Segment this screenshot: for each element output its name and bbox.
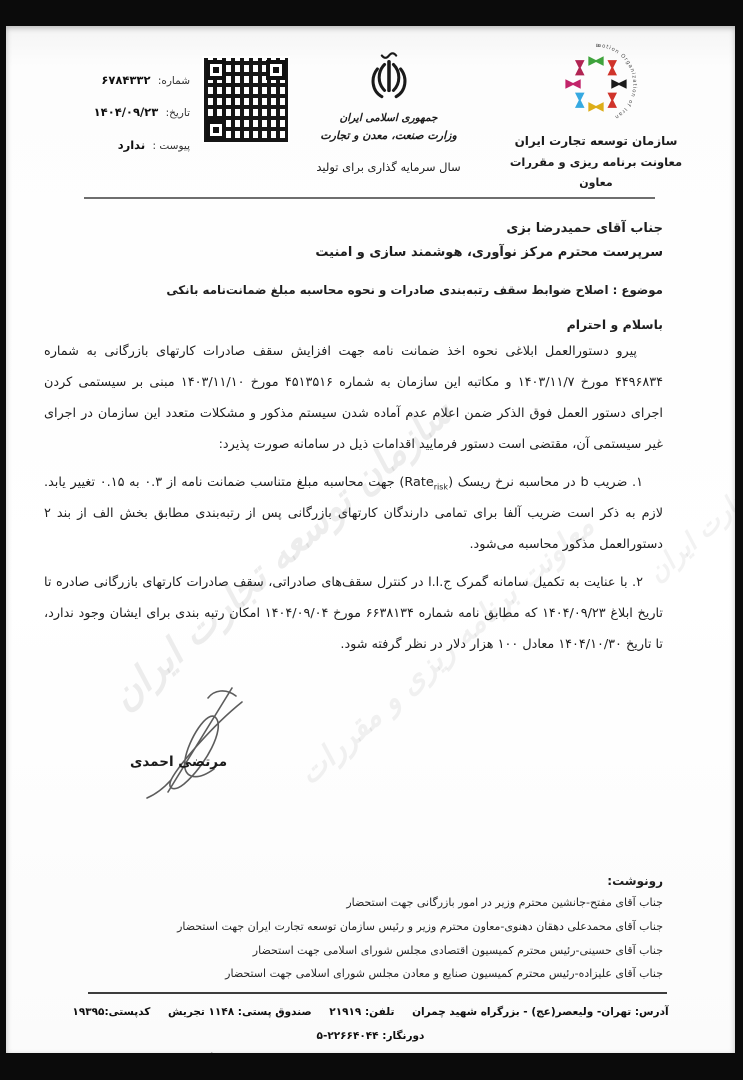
item-1: ۱. ضریب b در محاسبه نرخ ریسک (Raterisk) … [44,468,663,560]
country-name: جمهوری اسلامی ایران [290,112,487,124]
cc-label: رونوشت: [44,874,663,888]
rate-subscript: risk [434,483,448,492]
cc-list: جناب آقای مفتح-جانشین محترم وزیر در امور… [44,891,663,986]
letter-attachment: پیوست : ندارد [94,129,190,161]
qr-code [202,56,290,144]
org-deputy: معاونت برنامه ریزی و مقررات [487,155,705,169]
org-block: سازمان توسعه تجارت ایران Trade Promotion… [487,40,705,189]
letter-date-value: ۱۴۰۴/۰۹/۲۳ [94,105,159,119]
handwritten-signature-icon [104,674,304,824]
footer-line-1: آدرس: تهران- ولیعصر(عج) - بزرگراه شهید چ… [30,1001,711,1048]
year-slogan: سال سرمایه گذاری برای تولید [290,160,487,174]
salutation: باسلام و احترام [44,317,663,332]
cc-item: جناب آقای علیزاده-رئیس محترم کمیسیون صنا… [44,962,663,986]
org-role: معاون [487,176,705,189]
iran-emblem-icon [364,48,414,106]
tpo-logo-icon: سازمان توسعه تجارت ایران Trade Promotion… [552,40,640,128]
letter-page: سازمان توسعه تجارت ایران معاونت برنامه ر… [6,26,735,1053]
footer-postal-code: کدپستی:۱۹۳۹۵ [72,1006,150,1018]
letter-date: تاریخ: ۱۴۰۴/۰۹/۲۳ [94,96,190,128]
letter-number-label: شماره: [158,75,190,87]
meta-block: شماره: ۶۷۸۴۳۳۲ تاریخ: ۱۴۰۴/۰۹/۲۳ پیوست :… [32,40,290,161]
footer-phone: تلفن: ۲۱۹۱۹ [329,1006,394,1018]
signer-name: مرتضی احمدی [130,754,227,770]
letter-date-label: تاریخ: [166,107,190,119]
paragraph-1: پیرو دستورالعمل ابلاغی نحوه اخذ ضمانت نا… [44,337,663,460]
recipient-title: سرپرست محترم مرکز نوآوری، هوشمند سازی و … [44,242,663,264]
recipient-name: جناب آقای حمیدرضا بزی [44,215,663,242]
signature-block: مرتضی احمدی [96,686,338,834]
cc-item: جناب آقای حسینی-رئیس محترم کمیسیون اقتصا… [44,939,663,963]
footer-line-2: وب سایت: http://www.tpo.ir پست الکترونیک… [30,1048,711,1053]
photo-background: سازمان توسعه تجارت ایران معاونت برنامه ر… [0,0,743,1080]
cc-section: رونوشت: جناب آقای مفتح-جانشین محترم وزیر… [44,874,663,986]
letterhead: سازمان توسعه تجارت ایران Trade Promotion… [6,26,735,189]
footer: آدرس: تهران- ولیعصر(عج) - بزرگراه شهید چ… [6,994,735,1053]
rate-risk-formula: (Raterisk) [399,475,453,490]
cc-item: جناب آقای محمدعلی دهقان دهنوی-معاون محتر… [44,915,663,939]
item-2: ۲. با عنایت به تکمیل سامانه گمرک ج.ا.ا د… [44,568,663,660]
footer-address: آدرس: تهران- ولیعصر(عج) - بزرگراه شهید چ… [412,1006,669,1018]
letter-body: جناب آقای حمیدرضا بزی سرپرست محترم مرکز … [6,199,735,986]
footer-pobox: صندوق پستی: ۱۱۴۸ تجریش [168,1006,312,1018]
letter-attachment-label: پیوست : [153,140,191,152]
subject-label: موضوع : [613,283,663,297]
letter-number: شماره: ۶۷۸۴۳۳۲ [94,64,190,96]
footer-fax: دورنگار: ۲۲۶۶۴۰۴۴-۵ [317,1030,425,1042]
cc-item: جناب آقای مفتح-جانشین محترم وزیر در امور… [44,891,663,915]
ministry-name: وزارت صنعت، معدن و تجارت [290,129,487,142]
letter-number-value: ۶۷۸۴۳۳۲ [101,73,150,87]
subject-text: اصلاح ضوابط سقف رتبه‌بندی صادرات و نحوه … [166,283,608,297]
item-1-text: ۱. ضریب b در محاسبه نرخ ریسک [453,475,643,490]
letter-attachment-value: ندارد [118,138,145,152]
ministry-block: جمهوری اسلامی ایران وزارت صنعت، معدن و ت… [290,40,487,174]
subject-line: موضوع : اصلاح ضوابط سقف رتبه‌بندی صادرات… [44,283,663,297]
rate-label: (Rate [399,475,433,490]
org-name: سازمان توسعه تجارت ایران [487,134,705,148]
